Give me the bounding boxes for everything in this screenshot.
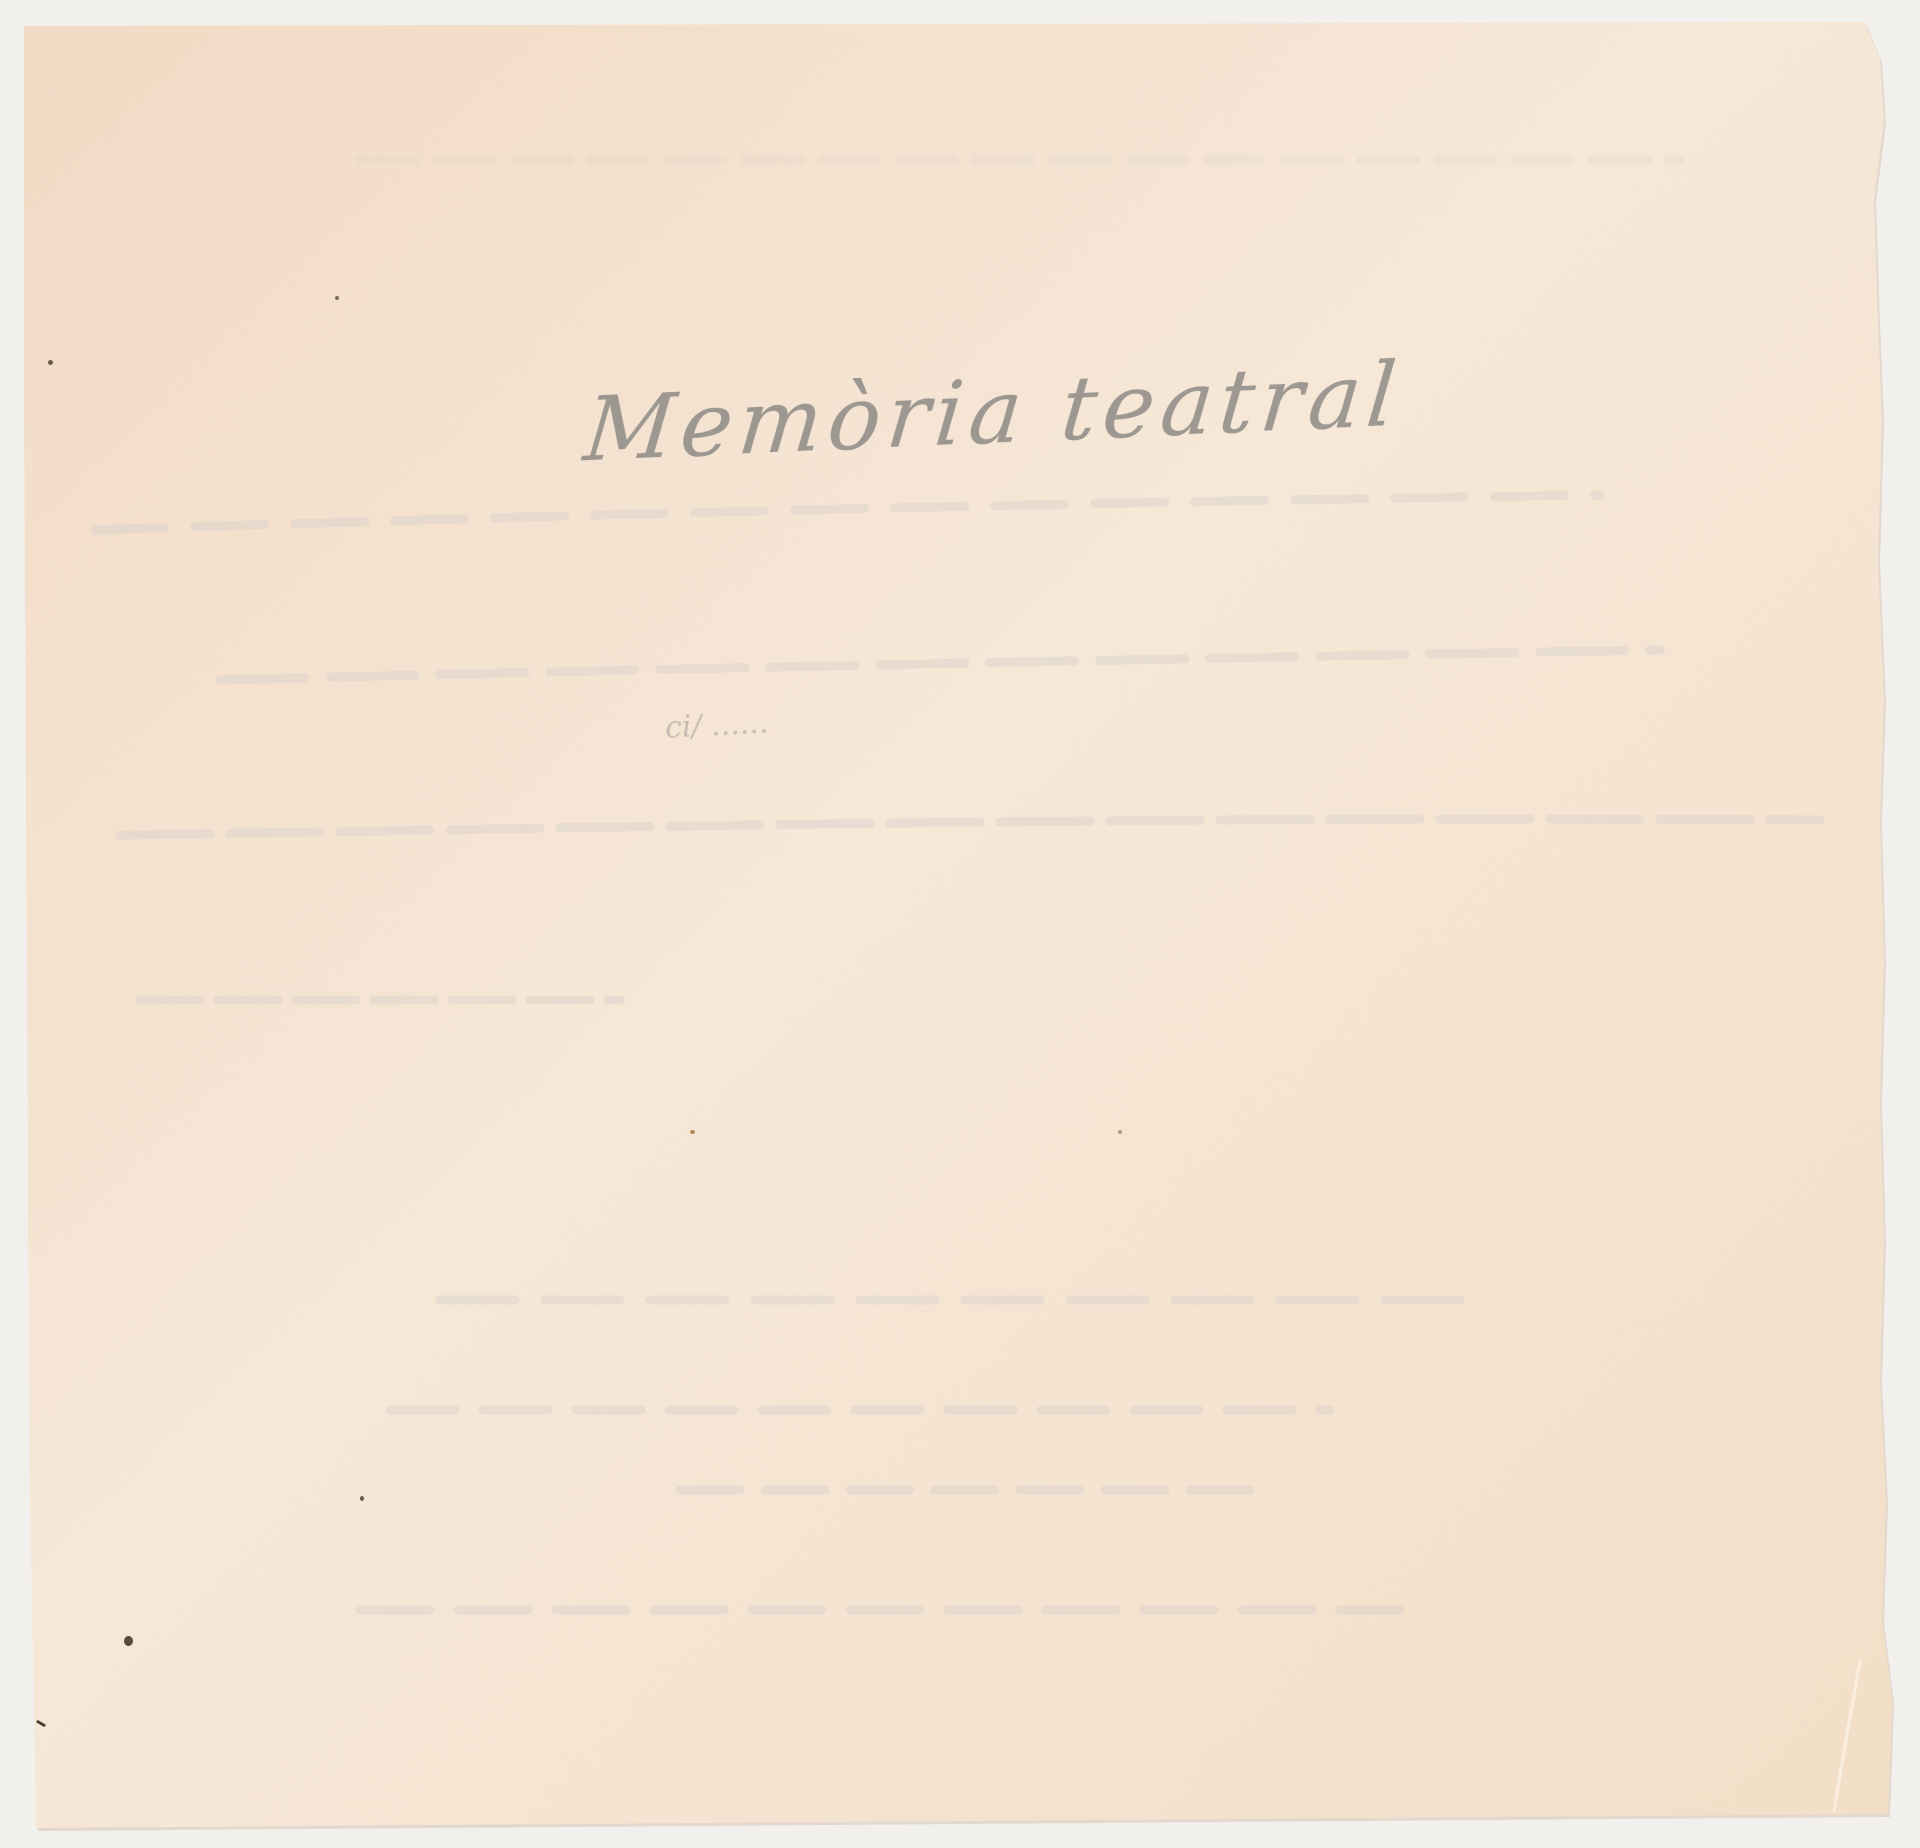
ink-spot (360, 1496, 364, 1501)
ink-spot (48, 360, 53, 365)
ink-spot (1118, 1130, 1122, 1134)
ink-spot (690, 1130, 695, 1134)
ink-spot (124, 1636, 133, 1646)
paper-sheet (0, 0, 1920, 1848)
ink-spot (335, 296, 339, 300)
pencil-annotation: ci/ ...... (664, 705, 769, 745)
paper-shape (0, 0, 1920, 1848)
